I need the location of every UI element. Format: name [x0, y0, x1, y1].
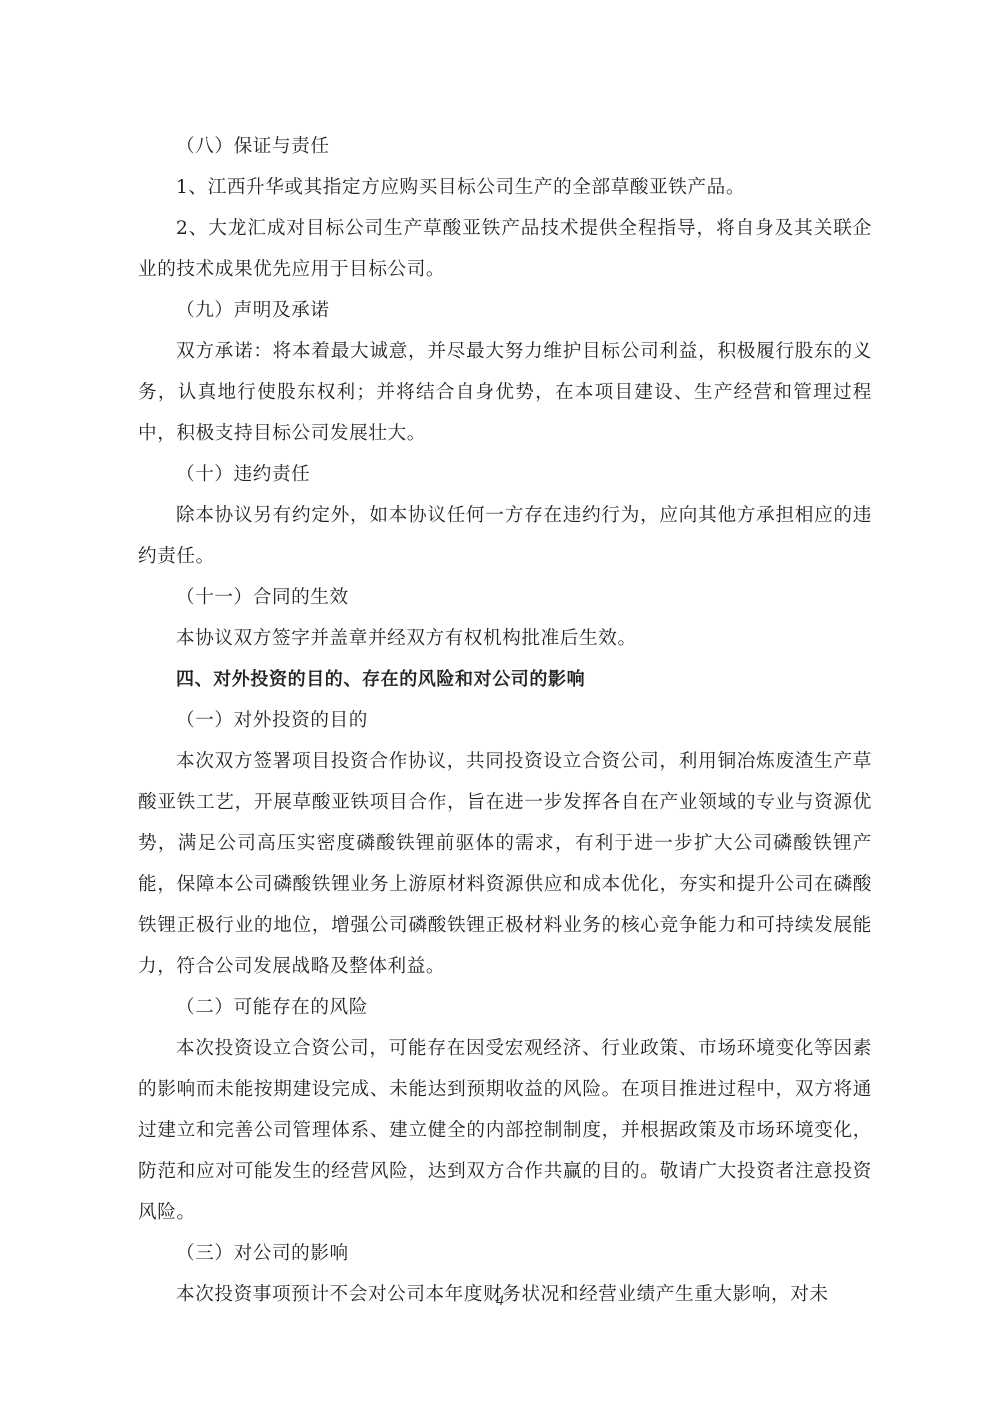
main-heading-investment-purpose: 四、对外投资的目的、存在的风险和对公司的影响 [138, 659, 872, 700]
paragraph-purpose: 本次双方签署项目投资合作协议，共同投资设立合资公司，利用铜冶炼废渣生产草酸亚铁工… [138, 741, 872, 987]
paragraph-risks: 本次投资设立合资公司，可能存在因受宏观经济、行业政策、市场环境变化等因素的影响而… [138, 1028, 872, 1233]
subsection-heading-purpose: （一）对外投资的目的 [138, 700, 872, 741]
section-heading-guarantee: （八）保证与责任 [138, 126, 872, 167]
page-number: 4 [0, 1293, 1000, 1310]
document-page: （八）保证与责任 1、江西升华或其指定方应购买目标公司生产的全部草酸亚铁产品。 … [138, 126, 872, 1315]
paragraph-guarantee-2: 2、大龙汇成对目标公司生产草酸亚铁产品技术提供全程指导，将自身及其关联企业的技术… [138, 208, 872, 290]
paragraph-breach: 除本协议另有约定外，如本协议任何一方存在违约行为，应向其他方承担相应的违约责任。 [138, 495, 872, 577]
section-heading-effectiveness: （十一）合同的生效 [138, 577, 872, 618]
paragraph-effectiveness: 本协议双方签字并盖章并经双方有权机构批准后生效。 [138, 618, 872, 659]
subsection-heading-risks: （二）可能存在的风险 [138, 987, 872, 1028]
section-heading-declaration: （九）声明及承诺 [138, 290, 872, 331]
paragraph-declaration: 双方承诺：将本着最大诚意，并尽最大努力维护目标公司利益，积极履行股东的义务，认真… [138, 331, 872, 454]
paragraph-guarantee-1: 1、江西升华或其指定方应购买目标公司生产的全部草酸亚铁产品。 [138, 167, 872, 208]
subsection-heading-impact: （三）对公司的影响 [138, 1233, 872, 1274]
section-heading-breach: （十）违约责任 [138, 454, 872, 495]
